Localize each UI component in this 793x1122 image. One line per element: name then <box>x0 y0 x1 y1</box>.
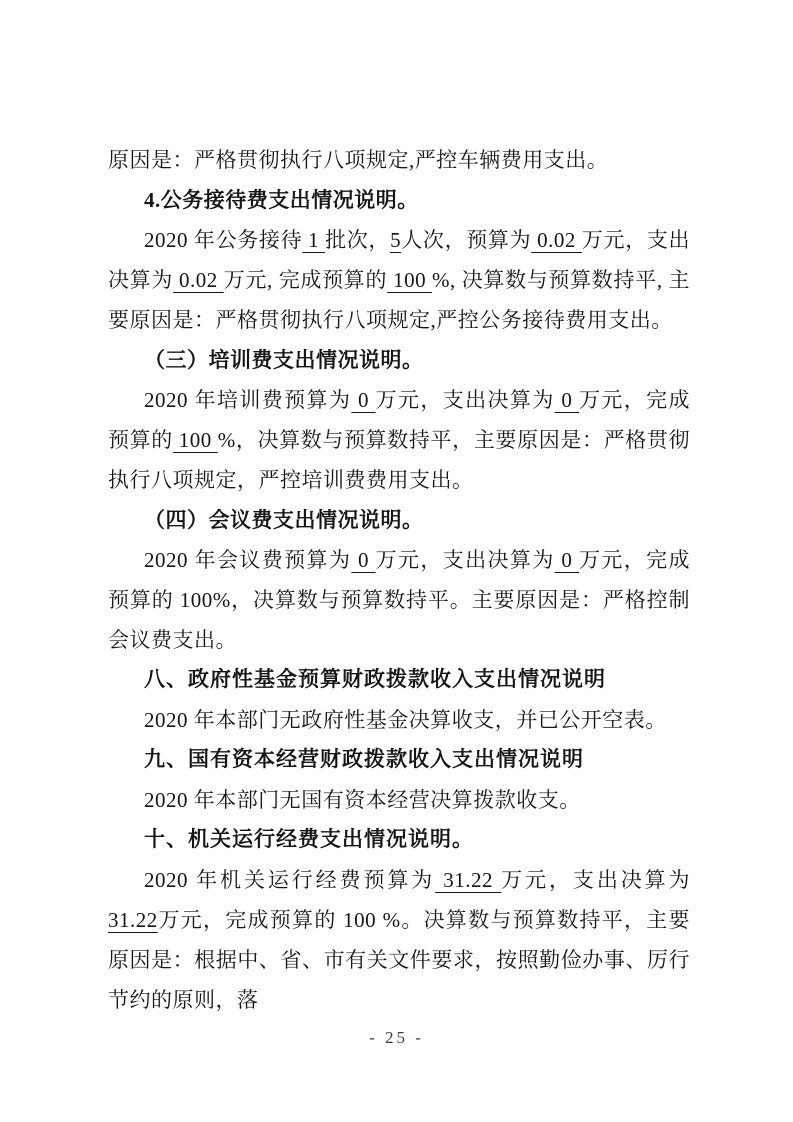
underlined-value: 5 <box>390 228 401 252</box>
paragraph: 2020 年培训费预算为 0 万元，支出决算为 0 万元，完成预算的 100 %… <box>108 380 690 500</box>
underlined-value: 0 <box>351 388 375 412</box>
text-segment: 万元，支出决算为 <box>376 388 555 412</box>
text-segment: 万元，完成预算的 100 %。决算数与预算数持平，主要原因是：根据中、省、市有关… <box>108 908 690 1012</box>
underlined-value: 0.02 <box>173 268 224 292</box>
text-segment: 2020 年本部门无国有资本经营决算拨款收支。 <box>144 788 581 812</box>
paragraph: 2020 年公务接待 1 批次，5人次，预算为 0.02 万元，支出决算为 0.… <box>108 220 690 340</box>
underlined-value: 100 <box>173 428 218 452</box>
underlined-value: 100 <box>387 268 432 292</box>
paragraph: 2020 年会议费预算为 0 万元，支出决算为 0 万元，完成预算的 100%，… <box>108 540 690 660</box>
text-segment: （三）培训费支出情况说明。 <box>144 348 424 372</box>
document-body: 原因是：严格贯彻执行八项规定,严控车辆费用支出。4.公务接待费支出情况说明。20… <box>108 140 690 1020</box>
text-segment: 十、机关运行经费支出情况说明。 <box>144 828 474 851</box>
text-segment: 4.公务接待费支出情况说明。 <box>144 188 419 212</box>
text-segment: 八、政府性基金预算财政拨款收入支出情况说明 <box>144 668 606 691</box>
paragraph: 2020 年机关运行经费预算为 31.22 万元，支出决算为 31.22万元，完… <box>108 860 690 1020</box>
text-segment: 2020 年会议费预算为 <box>144 548 351 572</box>
underlined-value: 31.22 <box>108 908 158 932</box>
text-segment: 万元，支出决算为 <box>501 868 690 892</box>
section-heading: 十、机关运行经费支出情况说明。 <box>108 820 690 860</box>
paragraph: 原因是：严格贯彻执行八项规定,严控车辆费用支出。 <box>108 140 690 180</box>
text-segment: 批次， <box>325 228 390 252</box>
section-heading: （四）会议费支出情况说明。 <box>108 500 690 540</box>
text-segment: 2020 年本部门无政府性基金决算收支，并已公开空表。 <box>144 708 667 732</box>
text-segment: 原因是：严格贯彻执行八项规定,严控车辆费用支出。 <box>108 148 608 172</box>
text-segment: 2020 年培训费预算为 <box>144 388 351 412</box>
underlined-value: 0.02 <box>531 228 582 252</box>
text-segment: 万元, 完成预算的 <box>224 268 387 292</box>
page-number: - 25 - <box>0 1028 793 1048</box>
underlined-value: 0 <box>555 548 579 572</box>
paragraph: 2020 年本部门无国有资本经营决算拨款收支。 <box>108 780 690 820</box>
text-segment: 万元，支出决算为 <box>376 548 555 572</box>
underlined-value: 31.22 <box>435 868 501 892</box>
document-page: 原因是：严格贯彻执行八项规定,严控车辆费用支出。4.公务接待费支出情况说明。20… <box>0 0 793 1122</box>
text-segment: （四）会议费支出情况说明。 <box>144 508 424 532</box>
text-segment: 九、国有资本经营财政拨款收入支出情况说明 <box>144 748 584 771</box>
underlined-value: 0 <box>351 548 375 572</box>
text-segment: 2020 年公务接待 <box>144 228 302 252</box>
underlined-value: 0 <box>555 388 579 412</box>
text-segment: 人次，预算为 <box>401 228 531 252</box>
section-heading: （三）培训费支出情况说明。 <box>108 340 690 380</box>
text-segment: 2020 年机关运行经费预算为 <box>144 868 435 892</box>
section-heading: 4.公务接待费支出情况说明。 <box>108 180 690 220</box>
section-heading: 八、政府性基金预算财政拨款收入支出情况说明 <box>108 660 690 700</box>
section-heading: 九、国有资本经营财政拨款收入支出情况说明 <box>108 740 690 780</box>
paragraph: 2020 年本部门无政府性基金决算收支，并已公开空表。 <box>108 700 690 740</box>
underlined-value: 1 <box>302 228 325 252</box>
